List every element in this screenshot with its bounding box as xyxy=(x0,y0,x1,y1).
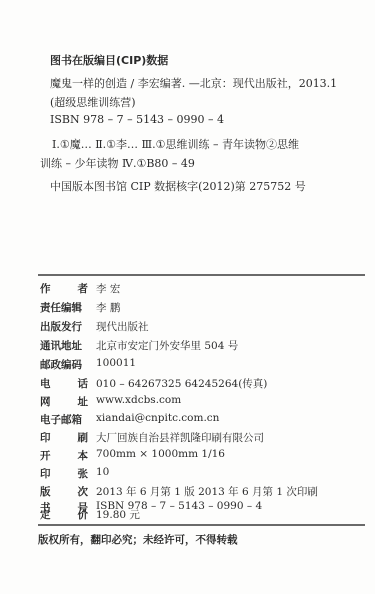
info-value: 2013 年 6 月第 1 版 2013 年 6 月第 1 次印刷 xyxy=(96,484,318,499)
info-row-website: 网址www.xdcbs.com xyxy=(40,394,181,409)
info-value: 19.80 元 xyxy=(96,507,140,522)
cip-bibliographic-line: 魔鬼一样的创造 / 李宏编著. —北京：现代出版社，2013.1 xyxy=(50,75,337,91)
info-label: 定价 xyxy=(40,507,96,522)
top-divider xyxy=(38,274,365,276)
info-row-author: 作者李 宏 xyxy=(40,281,120,296)
info-label: 网址 xyxy=(40,394,96,409)
info-value: www.xdcbs.com xyxy=(96,394,181,409)
info-row-sheets: 印张10 xyxy=(40,466,109,481)
info-label: 版次 xyxy=(40,484,96,499)
info-value: 大厂回族自治县祥凯隆印刷有限公司 xyxy=(96,430,264,445)
info-row-postcode: 邮政编码100011 xyxy=(40,357,136,372)
info-row-phone: 电话010 – 64267325 64245264(传真) xyxy=(40,376,267,391)
info-row-email: 电子邮箱xiandai@cnpitc.com.cn xyxy=(40,412,219,427)
info-row-format: 开本700mm × 1000mm 1/16 xyxy=(40,448,225,463)
info-value: 700mm × 1000mm 1/16 xyxy=(96,448,225,463)
bottom-divider xyxy=(38,524,365,526)
info-row-editor: 责任编辑李 鹏 xyxy=(40,300,120,315)
info-value: 北京市安定门外安华里 504 号 xyxy=(96,338,238,353)
info-label: 作者 xyxy=(40,281,96,296)
info-row-address: 通讯地址北京市安定门外安华里 504 号 xyxy=(40,338,238,353)
info-label: 出版发行 xyxy=(40,319,96,334)
info-label: 电子邮箱 xyxy=(40,412,96,427)
info-row-publisher: 出版发行现代出版社 xyxy=(40,319,149,334)
info-row-price: 定价19.80 元 xyxy=(40,507,140,522)
info-label: 通讯地址 xyxy=(40,338,96,353)
info-value: 100011 xyxy=(96,357,136,372)
cip-series-line: (超级思维训练营) xyxy=(50,94,136,110)
info-label: 责任编辑 xyxy=(40,300,96,315)
info-label: 开本 xyxy=(40,448,96,463)
info-value: 李 鹏 xyxy=(96,300,120,315)
info-value: xiandai@cnpitc.com.cn xyxy=(96,412,219,427)
info-value: 李 宏 xyxy=(96,281,120,296)
cip-subject-line-cont: 训练 – 少年读物 Ⅳ.①B80 – 49 xyxy=(40,155,195,171)
info-row-edition: 版次2013 年 6 月第 1 版 2013 年 6 月第 1 次印刷 xyxy=(40,484,318,499)
cip-approval-line: 中国版本图书馆 CIP 数据核字(2012)第 275752 号 xyxy=(50,178,306,194)
info-label: 电话 xyxy=(40,376,96,391)
cip-isbn-line: ISBN 978 – 7 – 5143 – 0990 – 4 xyxy=(50,113,224,126)
info-label: 邮政编码 xyxy=(40,357,96,372)
info-value: 10 xyxy=(96,466,109,481)
info-value: 010 – 64267325 64245264(传真) xyxy=(96,376,267,391)
info-row-printer: 印刷大厂回族自治县祥凯隆印刷有限公司 xyxy=(40,430,264,445)
cip-subject-line: Ⅰ.①魔… Ⅱ.①李… Ⅲ.①思维训练 – 青年读物②思维 xyxy=(52,136,299,152)
info-label: 印张 xyxy=(40,466,96,481)
info-label: 印刷 xyxy=(40,430,96,445)
cip-title: 图书在版编目(CIP)数据 xyxy=(50,52,168,68)
copyright-notice: 版权所有，翻印必究；未经许可，不得转载 xyxy=(38,532,238,547)
info-value: 现代出版社 xyxy=(96,319,149,334)
